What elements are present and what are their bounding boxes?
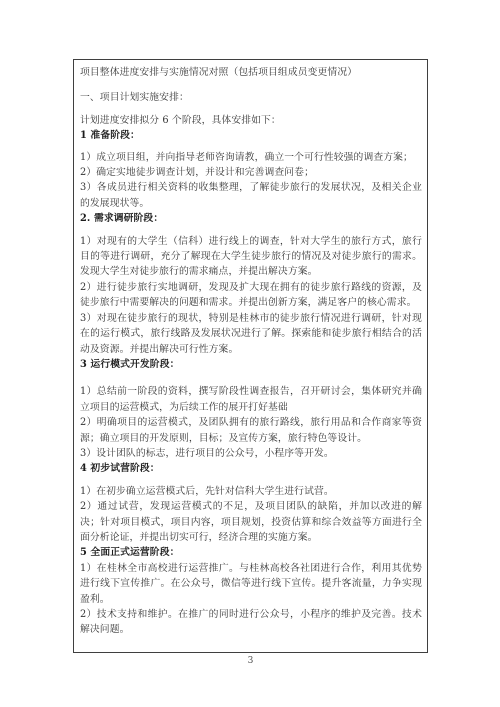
phase-2-item-2: 2）进行徒步旅行实地调研，发现及扩大现在拥有的徒步旅行路线的资源，及徒步旅行中需… xyxy=(80,280,422,311)
document-page: 项目整体进度安排与实施情况对照（包括项目组成员变更情况） 一、项目计划实施安排：… xyxy=(0,0,500,707)
phase-5-item-2: 2）技术支持和维护。在推广的同时进行公众号，小程序的维护及完善。技术解决问题。 xyxy=(80,607,422,638)
phase-1-item-3: 3）各成员进行相关资料的收集整理，了解徒步旅行的发展状况，及相关企业的发展现状等… xyxy=(80,180,422,211)
page-number: 3 xyxy=(73,656,428,666)
plan-intro-text: 计划进度安排拟分 6 个阶段，具体安排如下： xyxy=(80,113,422,128)
phase-2-heading: 2. 需求调研阶段： xyxy=(80,211,422,226)
phase-1-item-1: 1）成立项目组，并向指导老师咨询请教，确立一个可行性较强的调查方案； xyxy=(80,150,422,165)
phase-2-item-3: 3）对现在徒步旅行的现状，特别是桂林市的徒步旅行情况进行调研，针对现在的运行模式… xyxy=(80,311,422,357)
phase-3-heading: 3 运行模式开发阶段： xyxy=(80,357,422,372)
phase-3-item-2: 2）明确项目的运营模式，及团队拥有的旅行路线，旅行用品和合作商家等资源；确立项目… xyxy=(80,415,422,446)
phase-3-item-1: 1）总结前一阶段的资料，撰写阶段性调查报告，召开研讨会，集体研究并确立项目的运营… xyxy=(80,384,422,415)
phase-2-item-1: 1）对现有的大学生（信科）进行线上的调查，针对大学生的旅行方式，旅行目的等进行调… xyxy=(80,234,422,280)
phase-4-heading: 4 初步试营阶段： xyxy=(80,461,422,476)
phase-4-item-1: 1）在初步确立运营模式后，先针对信科大学生进行试营。 xyxy=(80,484,422,499)
table-title: 项目整体进度安排与实施情况对照（包括项目组成员变更情况） xyxy=(80,65,422,80)
phase-4-item-2: 2）通过试营，发现运营模式的不足，及项目团队的缺陷，并加以改进的解决；针对项目模… xyxy=(80,499,422,545)
phase-1-item-2: 2）确定实地徒步调查计划，并设计和完善调查问卷； xyxy=(80,165,422,180)
phase-1-heading: 1 准备阶段： xyxy=(80,128,422,143)
phase-5-item-1: 1）在桂林全市高校进行运营推广。与桂林高校各社团进行合作，利用其优势进行线下宣传… xyxy=(80,561,422,607)
plan-section-heading: 一、项目计划实施安排： xyxy=(80,90,422,105)
phase-5-heading: 5 全面正式运营阶段： xyxy=(80,545,422,560)
phase-3-item-3: 3）设计团队的标志，进行项目的公众号，小程序等开发。 xyxy=(80,446,422,461)
progress-comparison-table-cell: 项目整体进度安排与实施情况对照（包括项目组成员变更情况） 一、项目计划实施安排：… xyxy=(73,59,428,653)
